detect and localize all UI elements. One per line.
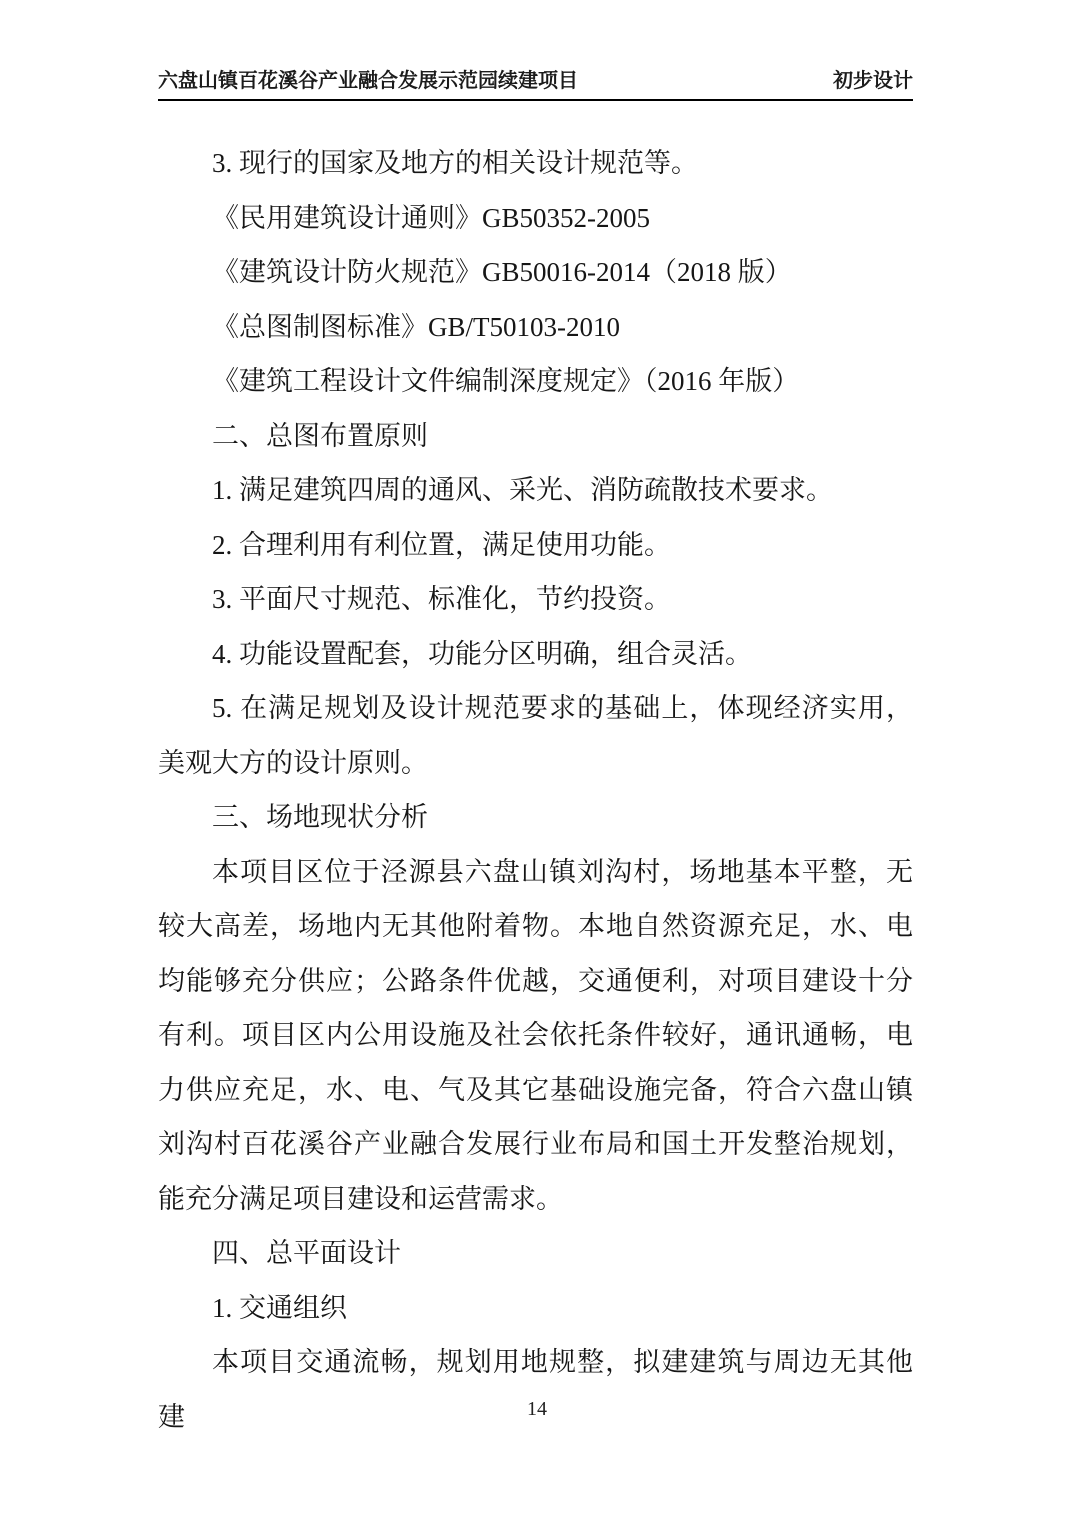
paragraph: 本项目交通流畅，规划用地规整，拟建建筑与周边无其他建	[158, 1335, 913, 1444]
page-number: 14	[527, 1398, 547, 1420]
page-header: 六盘山镇百花溪谷产业融合发展示范园续建项目 初步设计	[158, 70, 913, 101]
header-doc-stage: 初步设计	[833, 70, 913, 92]
paragraph: 本项目区位于泾源县六盘山镇刘沟村，场地基本平整，无较大高差，场地内无其他附着物。…	[158, 845, 913, 1227]
section-heading: 三、场地现状分析	[158, 790, 913, 845]
document-page: { "header": { "left_title": "六盘山镇百花溪谷产业融…	[0, 0, 1074, 1520]
section-heading: 四、总平面设计	[158, 1226, 913, 1281]
sub-heading: 1. 交通组织	[158, 1281, 913, 1336]
paragraph: 4. 功能设置配套，功能分区明确，组合灵活。	[158, 627, 913, 682]
paragraph: 《建筑设计防火规范》GB50016-2014（2018 版）	[158, 245, 913, 300]
section-heading: 二、总图布置原则	[158, 409, 913, 464]
paragraph: 1. 满足建筑四周的通风、采光、消防疏散技术要求。	[158, 463, 913, 518]
paragraph: 2. 合理利用有利位置，满足使用功能。	[158, 518, 913, 573]
paragraph: 《总图制图标准》GB/T50103-2010	[158, 300, 913, 355]
paragraph: 《建筑工程设计文件编制深度规定》（2016 年版）	[158, 354, 913, 409]
header-project-title: 六盘山镇百花溪谷产业融合发展示范园续建项目	[158, 70, 578, 92]
page-footer: 14	[0, 1398, 1074, 1421]
paragraph: 3. 现行的国家及地方的相关设计规范等。	[158, 136, 913, 191]
paragraph: 《民用建筑设计通则》GB50352-2005	[158, 191, 913, 246]
paragraph: 5. 在满足规划及设计规范要求的基础上，体现经济实用，美观大方的设计原则。	[158, 681, 913, 790]
paragraph: 3. 平面尺寸规范、标准化，节约投资。	[158, 572, 913, 627]
document-body: 3. 现行的国家及地方的相关设计规范等。 《民用建筑设计通则》GB50352-2…	[158, 136, 913, 1444]
